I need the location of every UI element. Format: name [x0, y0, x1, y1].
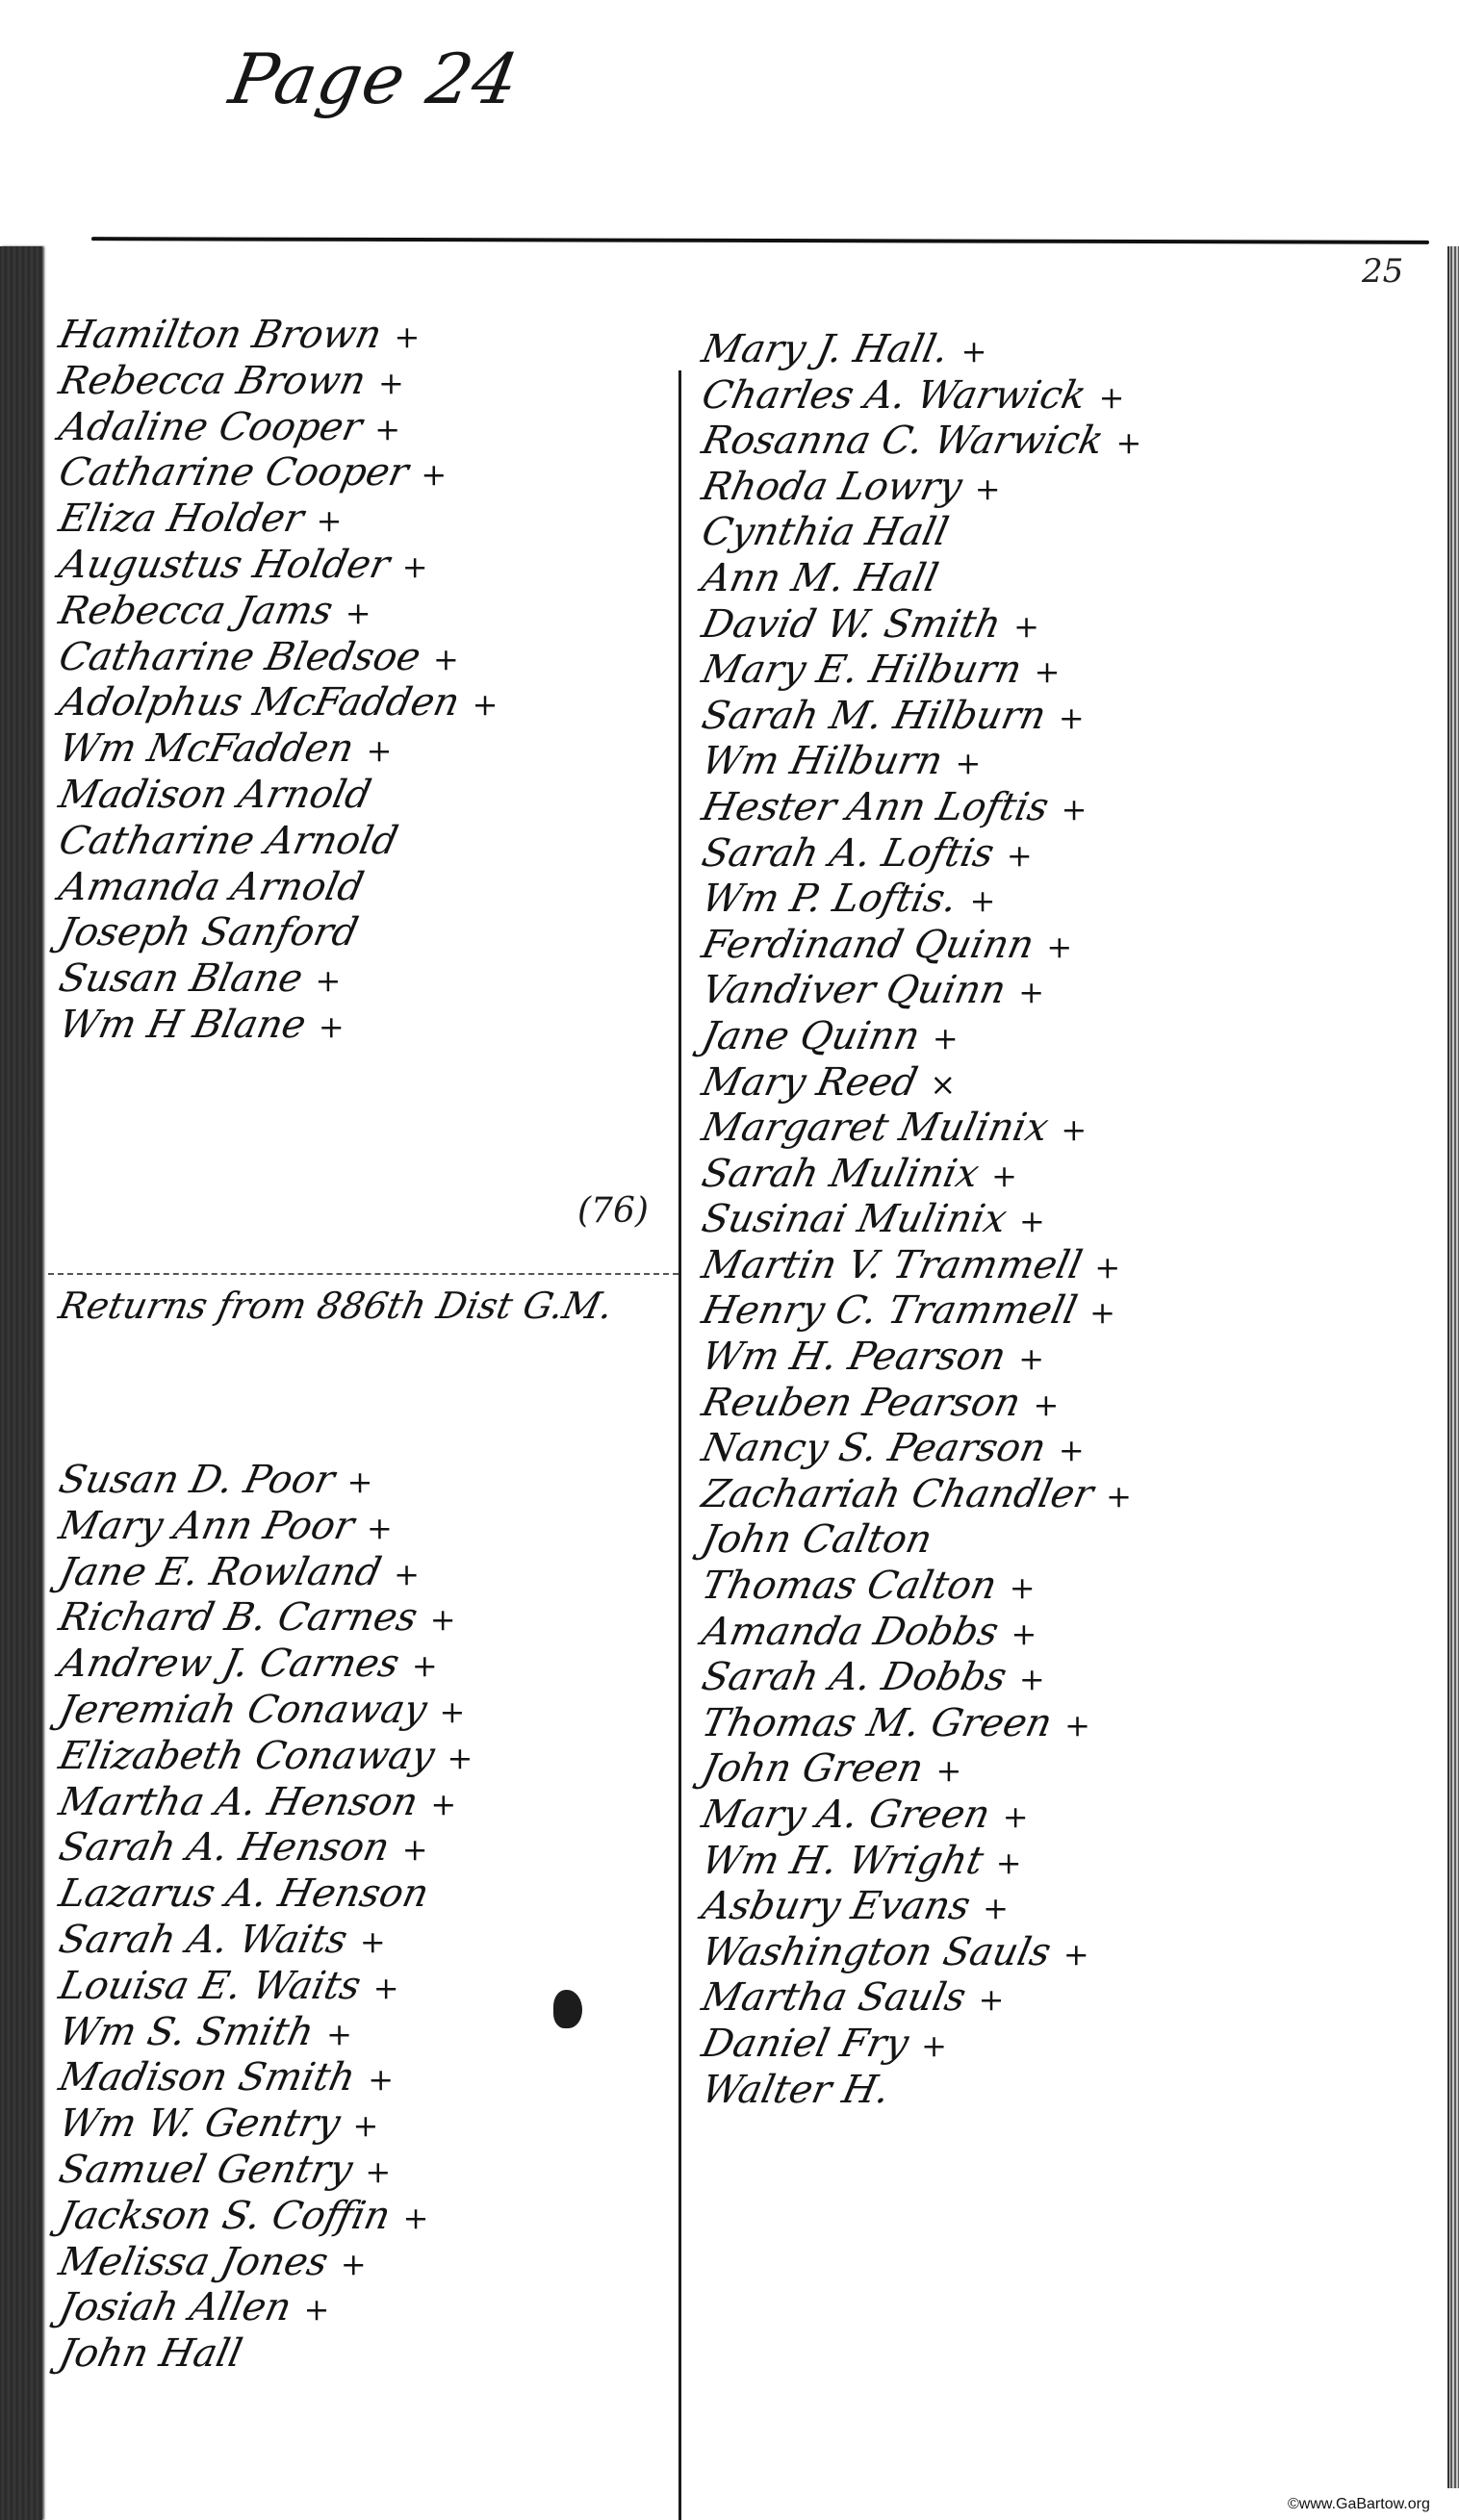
entry-name: Margaret Mulinix	[698, 1106, 1053, 1152]
list-item: Madison Arnold	[60, 773, 676, 819]
tally-mark-icon: +	[1011, 1616, 1037, 1652]
entry-name: Ann M. Hall	[698, 556, 942, 602]
tally-mark-icon: +	[1007, 837, 1033, 874]
entry-name: Washington Sauls	[698, 1930, 1055, 1976]
list-item: Daniel Fry+	[703, 2022, 1444, 2068]
list-item: Wm S. Smith+	[60, 2010, 676, 2056]
entry-name: Wm Hilburn	[698, 739, 947, 785]
list-item: Andrew J. Carnes+	[60, 1642, 676, 1688]
list-item: Sarah A. Waits+	[60, 1918, 676, 1964]
entry-name: Samuel Gentry	[55, 2148, 356, 2194]
list-item: Hester Ann Loftis+	[703, 785, 1444, 831]
list-item: Charles A. Warwick+	[703, 373, 1444, 420]
entry-name: Walter H.	[698, 2068, 894, 2114]
tally-mark-icon: +	[1046, 929, 1072, 965]
entry-name: Melissa Jones	[55, 2240, 332, 2286]
tally-mark-icon: +	[1018, 1340, 1044, 1377]
tally-mark-icon: +	[1035, 653, 1061, 690]
tally-mark-icon: +	[360, 1923, 386, 1960]
entry-name: Reuben Pearson	[698, 1381, 1025, 1427]
list-item: Eliza Holder+	[60, 496, 676, 543]
entry-name: Cynthia Hall	[698, 510, 953, 556]
list-item: Wm McFadden+	[60, 726, 676, 773]
entry-name: Catharine Cooper	[55, 450, 413, 496]
tally-mark-icon: +	[1106, 1478, 1132, 1515]
entry-name: Adaline Cooper	[55, 405, 366, 451]
entry-name: Thomas Calton	[698, 1564, 1001, 1610]
list-item: Louisa E. Waits+	[60, 1964, 676, 2010]
list-item: Thomas Calton+	[703, 1564, 1444, 1610]
entry-name: John Calton	[698, 1517, 936, 1564]
list-item: Josiah Allen+	[60, 2285, 676, 2331]
entry-name: John Green	[698, 1746, 928, 1793]
list-item: Susan D. Poor+	[60, 1458, 676, 1504]
tally-mark-icon: +	[341, 2246, 367, 2282]
tally-mark-icon: +	[304, 2291, 330, 2328]
entry-name: Hamilton Brown	[55, 313, 386, 359]
list-item: Nancy S. Pearson+	[703, 1426, 1444, 1472]
entry-name: Eliza Holder	[55, 496, 308, 543]
list-item: Rebecca Brown+	[60, 359, 676, 405]
entry-name: Mary Reed	[698, 1060, 921, 1107]
list-item: John Green+	[703, 1746, 1444, 1793]
list-item: Catharine Arnold	[60, 819, 676, 865]
entry-name: Sarah A. Dobbs	[698, 1655, 1011, 1701]
tally-mark-icon: +	[936, 1752, 962, 1789]
entry-name: Wm W. Gentry	[55, 2101, 345, 2148]
ink-blot	[553, 1990, 582, 2028]
tally-mark-icon: +	[1003, 1798, 1029, 1835]
list-item: Jane Quinn+	[703, 1014, 1444, 1060]
list-item: Mary J. Hall.+	[703, 327, 1444, 373]
list-item: Asbury Evans+	[703, 1884, 1444, 1930]
entry-name: Jeremiah Conaway	[55, 1688, 431, 1734]
list-item: Sarah Mulinix+	[703, 1152, 1444, 1198]
tally-mark-icon: +	[970, 882, 996, 919]
entry-name: Louisa E. Waits	[55, 1964, 365, 2010]
tally-mark-icon: +	[1062, 791, 1088, 827]
tally-mark-icon: +	[353, 2107, 379, 2144]
tally-mark-icon: +	[319, 1008, 345, 1045]
entry-name: Joseph Sanford	[55, 910, 362, 956]
entry-name: Susinai Mulinix	[698, 1197, 1011, 1243]
tally-mark-icon: +	[1099, 379, 1125, 416]
column-divider	[678, 370, 681, 2520]
tally-mark-icon: +	[412, 1647, 438, 1684]
list-item: Wm P. Loftis.+	[703, 877, 1444, 923]
list-item: Washington Sauls+	[703, 1930, 1444, 1976]
top-rule	[91, 237, 1429, 244]
tally-mark-icon: +	[373, 1970, 399, 2006]
right-page-edge	[1447, 246, 1459, 2488]
list-item: Susan Blane+	[60, 956, 676, 1003]
entry-name: Martha Sauls	[698, 1975, 970, 2022]
list-item: Zachariah Chandler+	[703, 1472, 1444, 1518]
list-item: Samuel Gentry+	[60, 2148, 676, 2194]
list-item: Jane E. Rowland+	[60, 1550, 676, 1596]
list-item: Elizabeth Conaway+	[60, 1734, 676, 1780]
entry-name: Madison Arnold	[55, 773, 375, 819]
entry-name: Henry C. Trammell	[698, 1288, 1081, 1335]
tally-mark-icon: +	[1018, 974, 1044, 1010]
list-item: David W. Smith+	[703, 602, 1444, 649]
list-item: Cynthia Hall	[703, 510, 1444, 556]
section-divider	[48, 1273, 678, 1275]
tally-mark-icon: +	[403, 2200, 429, 2236]
list-item: Wm W. Gentry+	[60, 2101, 676, 2148]
list-item: Jeremiah Conaway+	[60, 1688, 676, 1734]
tally-mark-icon: +	[955, 745, 981, 781]
entry-name: Rosanna C. Warwick	[698, 419, 1108, 465]
tally-mark-icon: +	[1019, 1661, 1045, 1697]
entry-name: Wm H Blane	[55, 1003, 310, 1049]
entry-name: Jackson S. Coffin	[55, 2194, 395, 2240]
tally-mark-icon: +	[315, 962, 341, 999]
tally-mark-icon: +	[394, 1556, 420, 1592]
tally-mark-icon: +	[996, 1845, 1022, 1881]
tally-mark-icon: +	[346, 595, 371, 631]
entry-name: Susan D. Poor	[55, 1458, 339, 1504]
list-item: Richard B. Carnes+	[60, 1595, 676, 1642]
list-item: John Calton	[703, 1517, 1444, 1564]
entry-name: Charles A. Warwick	[698, 373, 1090, 420]
tally-mark-icon: +	[961, 333, 987, 369]
tally-mark-icon: +	[430, 1601, 456, 1638]
list-item: Walter H.	[703, 2068, 1444, 2114]
tally-mark-icon: +	[979, 1981, 1005, 2018]
entry-name: Sarah A. Waits	[55, 1918, 351, 1964]
entry-name: Jane Quinn	[698, 1014, 924, 1060]
left-column-list: Hamilton Brown+Rebecca Brown+Adaline Coo…	[60, 313, 676, 1049]
entry-name: Mary A. Green	[698, 1793, 994, 1839]
entry-name: Josiah Allen	[55, 2285, 295, 2331]
list-item: Mary Reed×	[703, 1060, 1444, 1107]
entry-name: Sarah A. Henson	[55, 1825, 394, 1871]
list-item: Sarah A. Dobbs+	[703, 1655, 1444, 1701]
entry-name: Daniel Fry	[698, 2022, 912, 2068]
entry-name: Rhoda Lowry	[698, 465, 966, 511]
list-item: Susinai Mulinix+	[703, 1197, 1444, 1243]
list-item: Mary A. Green+	[703, 1793, 1444, 1839]
list-item: Wm H. Wright+	[703, 1839, 1444, 1885]
tally-mark-icon: +	[1089, 1294, 1115, 1331]
tally-mark-icon: +	[365, 2153, 391, 2190]
list-item: Amanda Arnold	[60, 865, 676, 911]
entry-name: Zachariah Chandler	[698, 1472, 1097, 1518]
tally-mark-icon: +	[1033, 1387, 1059, 1423]
list-item: Rhoda Lowry+	[703, 465, 1444, 511]
tally-mark-icon: +	[1094, 1249, 1120, 1285]
tally-mark-icon: +	[991, 1158, 1017, 1194]
count-marker: (76)	[577, 1191, 649, 1231]
entry-name: Augustus Holder	[55, 543, 394, 589]
entry-name: Sarah Mulinix	[698, 1152, 983, 1198]
tally-mark-icon: +	[347, 1464, 373, 1500]
list-item: Jackson S. Coffin+	[60, 2194, 676, 2240]
entry-name: Ferdinand Quinn	[698, 923, 1037, 969]
entry-name: Nancy S. Pearson	[698, 1426, 1050, 1472]
section-heading: Returns from 886th Dist G.M.	[55, 1285, 617, 1327]
list-item: Reuben Pearson+	[703, 1381, 1444, 1427]
entry-name: Elizabeth Conaway	[55, 1734, 439, 1780]
list-item: Ann M. Hall	[703, 556, 1444, 602]
tally-mark-icon: +	[1061, 1111, 1087, 1148]
tally-mark-icon: +	[1116, 424, 1142, 461]
entry-name: Asbury Evans	[698, 1884, 974, 1930]
list-item: Sarah M. Hilburn+	[703, 694, 1444, 740]
copyright-watermark: ©www.GaBartow.org	[1288, 2496, 1430, 2513]
tally-mark-icon: +	[975, 471, 1001, 507]
list-item: Sarah A. Henson+	[60, 1825, 676, 1871]
list-item: Adolphus McFadden+	[60, 680, 676, 726]
entry-name: Thomas M. Green	[698, 1701, 1056, 1747]
list-item: John Hall	[60, 2331, 676, 2378]
list-item: Rosanna C. Warwick+	[703, 419, 1444, 465]
tally-mark-icon: +	[394, 318, 420, 355]
entry-name: Wm H. Pearson	[698, 1335, 1010, 1381]
entry-name: Rebecca Brown	[55, 359, 370, 405]
entry-name: Mary E. Hilburn	[698, 648, 1026, 694]
entry-name: Sarah M. Hilburn	[698, 694, 1050, 740]
list-item: Martha Sauls+	[703, 1975, 1444, 2022]
tally-mark-icon: +	[1013, 608, 1039, 645]
tally-mark-icon: +	[367, 1510, 393, 1546]
tally-mark-icon: +	[1064, 1707, 1090, 1744]
tally-mark-icon: +	[983, 1890, 1009, 1926]
list-item: Joseph Sanford	[60, 910, 676, 956]
entry-name: Lazarus A. Henson	[55, 1871, 433, 1918]
list-item: Lazarus A. Henson	[60, 1871, 676, 1918]
entry-name: Amanda Arnold	[55, 865, 368, 911]
entry-name: Mary Ann Poor	[55, 1504, 358, 1550]
entry-name: Vandiver Quinn	[698, 968, 1010, 1014]
list-item: Hamilton Brown+	[60, 313, 676, 359]
list-item: Wm H. Pearson+	[703, 1335, 1444, 1381]
list-item: Wm Hilburn+	[703, 739, 1444, 785]
tally-mark-icon: +	[367, 732, 393, 769]
tally-mark-icon: +	[933, 1020, 959, 1056]
list-item: Sarah A. Loftis+	[703, 831, 1444, 878]
page-label: Page 24	[224, 38, 525, 119]
entry-name: Martin V. Trammell	[698, 1243, 1086, 1289]
left-column-section-list: Susan D. Poor+Mary Ann Poor+Jane E. Rowl…	[60, 1458, 676, 2378]
entry-name: Amanda Dobbs	[698, 1610, 1003, 1656]
right-column-list: Mary J. Hall.+Charles A. Warwick+Rosanna…	[703, 327, 1444, 2113]
list-item: Vandiver Quinn+	[703, 968, 1444, 1014]
entry-name: Susan Blane	[55, 956, 307, 1003]
tally-mark-icon: +	[433, 641, 459, 677]
entry-name: Catharine Bledsoe	[55, 635, 424, 681]
list-item: Henry C. Trammell+	[703, 1288, 1444, 1335]
tally-mark-icon: +	[378, 365, 404, 401]
entry-name: John Hall	[55, 2331, 246, 2378]
list-item: Martin V. Trammell+	[703, 1243, 1444, 1289]
entry-name: Rebecca Jams	[55, 589, 337, 635]
tally-mark-icon: +	[368, 2061, 394, 2098]
tally-mark-icon: +	[921, 2027, 947, 2064]
binding-edge	[0, 246, 42, 2520]
entry-name: Jane E. Rowland	[55, 1550, 385, 1596]
list-item: Adaline Cooper+	[60, 405, 676, 451]
list-item: Thomas M. Green+	[703, 1701, 1444, 1747]
tally-mark-icon: +	[1059, 700, 1085, 736]
list-item: Rebecca Jams+	[60, 589, 676, 635]
tally-mark-icon: +	[473, 686, 499, 723]
tally-mark-icon: +	[402, 1831, 428, 1868]
list-item: Augustus Holder+	[60, 543, 676, 589]
entry-name: Catharine Arnold	[55, 819, 402, 865]
list-item: Amanda Dobbs+	[703, 1610, 1444, 1656]
list-item: Mary Ann Poor+	[60, 1504, 676, 1550]
list-item: Margaret Mulinix+	[703, 1106, 1444, 1152]
tally-mark-icon: +	[1059, 1432, 1085, 1468]
entry-name: Wm H. Wright	[698, 1839, 987, 1885]
list-item: Ferdinand Quinn+	[703, 923, 1444, 969]
entry-name: David W. Smith	[698, 602, 1005, 649]
tally-mark-icon: +	[1010, 1569, 1036, 1606]
list-item: Madison Smith+	[60, 2055, 676, 2101]
entry-name: Madison Smith	[55, 2055, 359, 2101]
entry-name: Andrew J. Carnes	[55, 1642, 403, 1688]
entry-name: Hester Ann Loftis	[698, 785, 1053, 831]
entry-name: Wm S. Smith	[55, 2010, 318, 2056]
list-item: Melissa Jones+	[60, 2240, 676, 2286]
tally-mark-icon: +	[1063, 1936, 1089, 1973]
tally-mark-icon: +	[374, 411, 400, 447]
tally-mark-icon: +	[317, 502, 343, 539]
page-number: 25	[1362, 252, 1403, 291]
tally-mark-icon: +	[448, 1740, 474, 1776]
tally-mark-icon: ×	[930, 1066, 956, 1103]
entry-name: Wm McFadden	[55, 726, 358, 773]
entry-name: Martha A. Henson	[55, 1780, 422, 1826]
tally-mark-icon: +	[326, 2016, 352, 2052]
list-item: Catharine Cooper+	[60, 450, 676, 496]
list-item: Catharine Bledsoe+	[60, 635, 676, 681]
tally-mark-icon: +	[402, 548, 428, 585]
entry-name: Mary J. Hall.	[698, 327, 953, 373]
tally-mark-icon: +	[1019, 1203, 1045, 1239]
tally-mark-icon: +	[421, 456, 447, 493]
tally-mark-icon: +	[430, 1786, 456, 1822]
list-item: Mary E. Hilburn+	[703, 648, 1444, 694]
entry-name: Richard B. Carnes	[55, 1595, 422, 1642]
list-item: Wm H Blane+	[60, 1003, 676, 1049]
entry-name: Wm P. Loftis.	[698, 877, 961, 923]
tally-mark-icon: +	[440, 1693, 466, 1730]
entry-name: Adolphus McFadden	[55, 680, 464, 726]
entry-name: Sarah A. Loftis	[698, 831, 998, 878]
list-item: Martha A. Henson+	[60, 1780, 676, 1826]
